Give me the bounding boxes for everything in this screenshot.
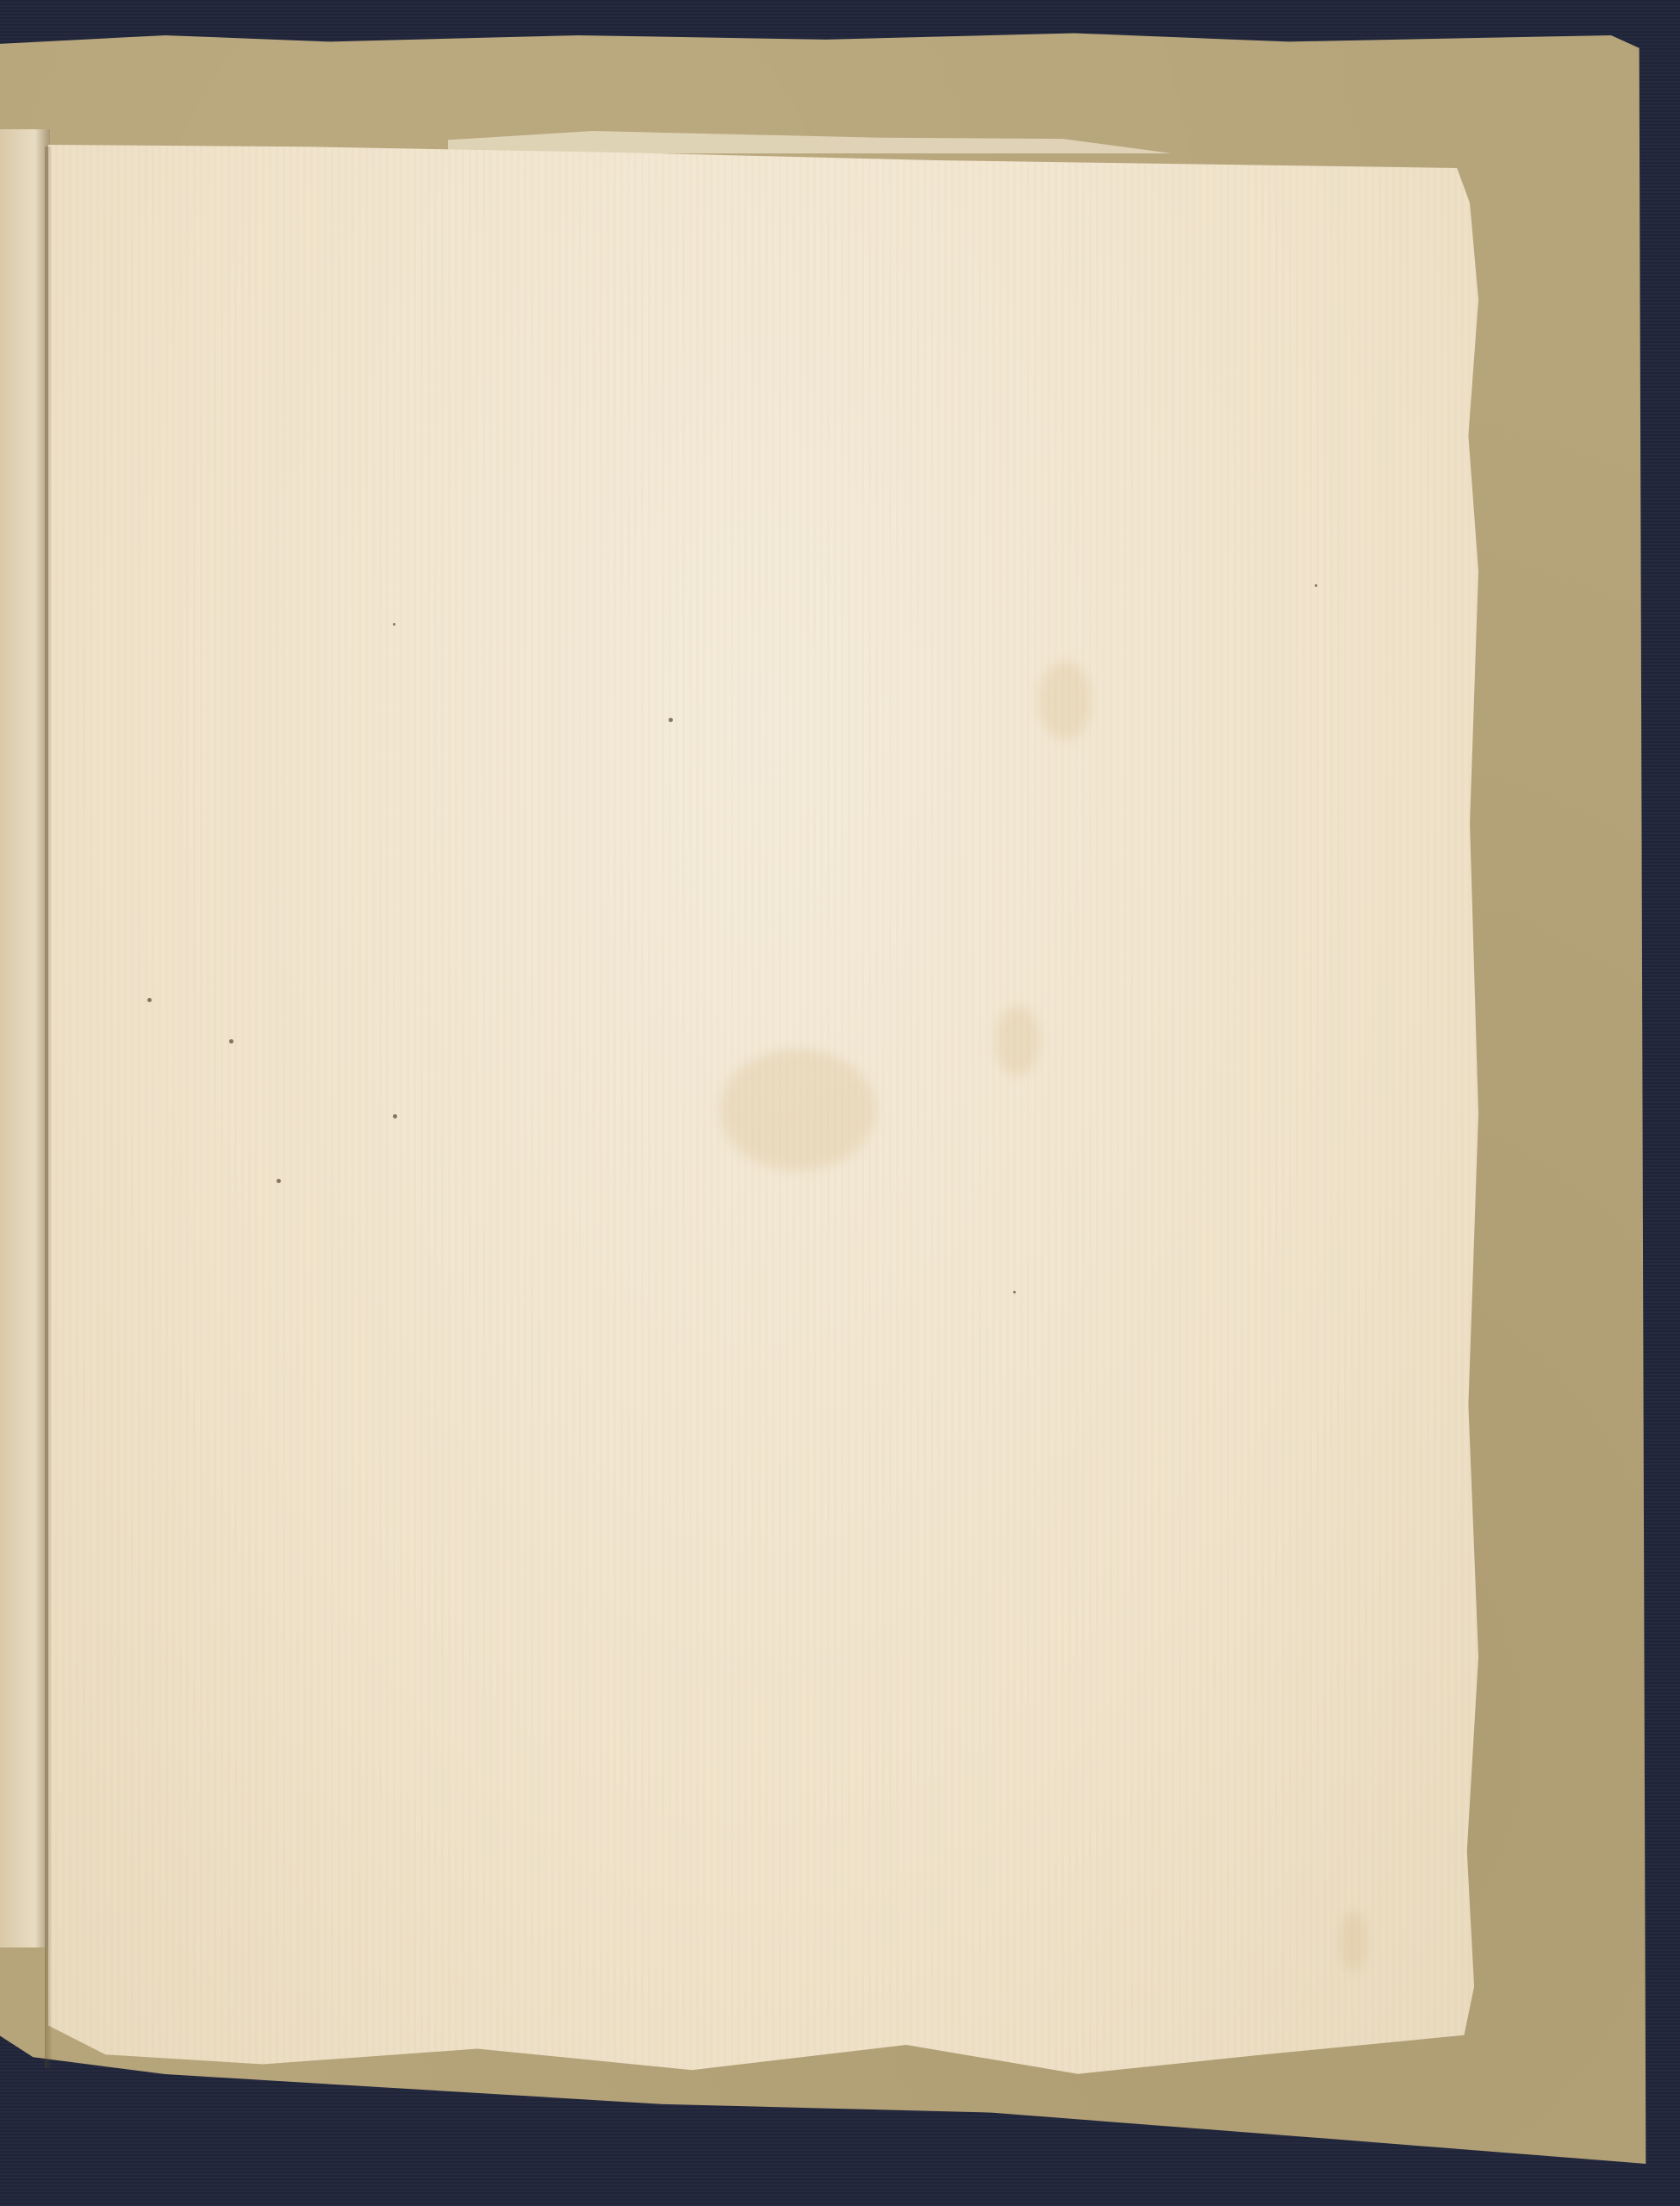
foxing-speck [669, 718, 673, 722]
foxing-speck [393, 1114, 397, 1119]
paper-stain [1039, 662, 1091, 739]
facing-page-edge [0, 129, 50, 1947]
blank-page [48, 145, 1478, 2084]
spine-gutter [45, 146, 52, 2068]
paper-stain [1341, 1911, 1366, 1972]
paper-stain [720, 1050, 875, 1170]
foxing-speck [1013, 1291, 1016, 1293]
paper-stain [996, 1006, 1039, 1075]
foxing-speck [229, 1039, 233, 1044]
foxing-speck [147, 998, 152, 1002]
foxing-speck [1315, 584, 1317, 587]
foxing-speck [277, 1179, 281, 1183]
foxing-speck [393, 623, 395, 626]
